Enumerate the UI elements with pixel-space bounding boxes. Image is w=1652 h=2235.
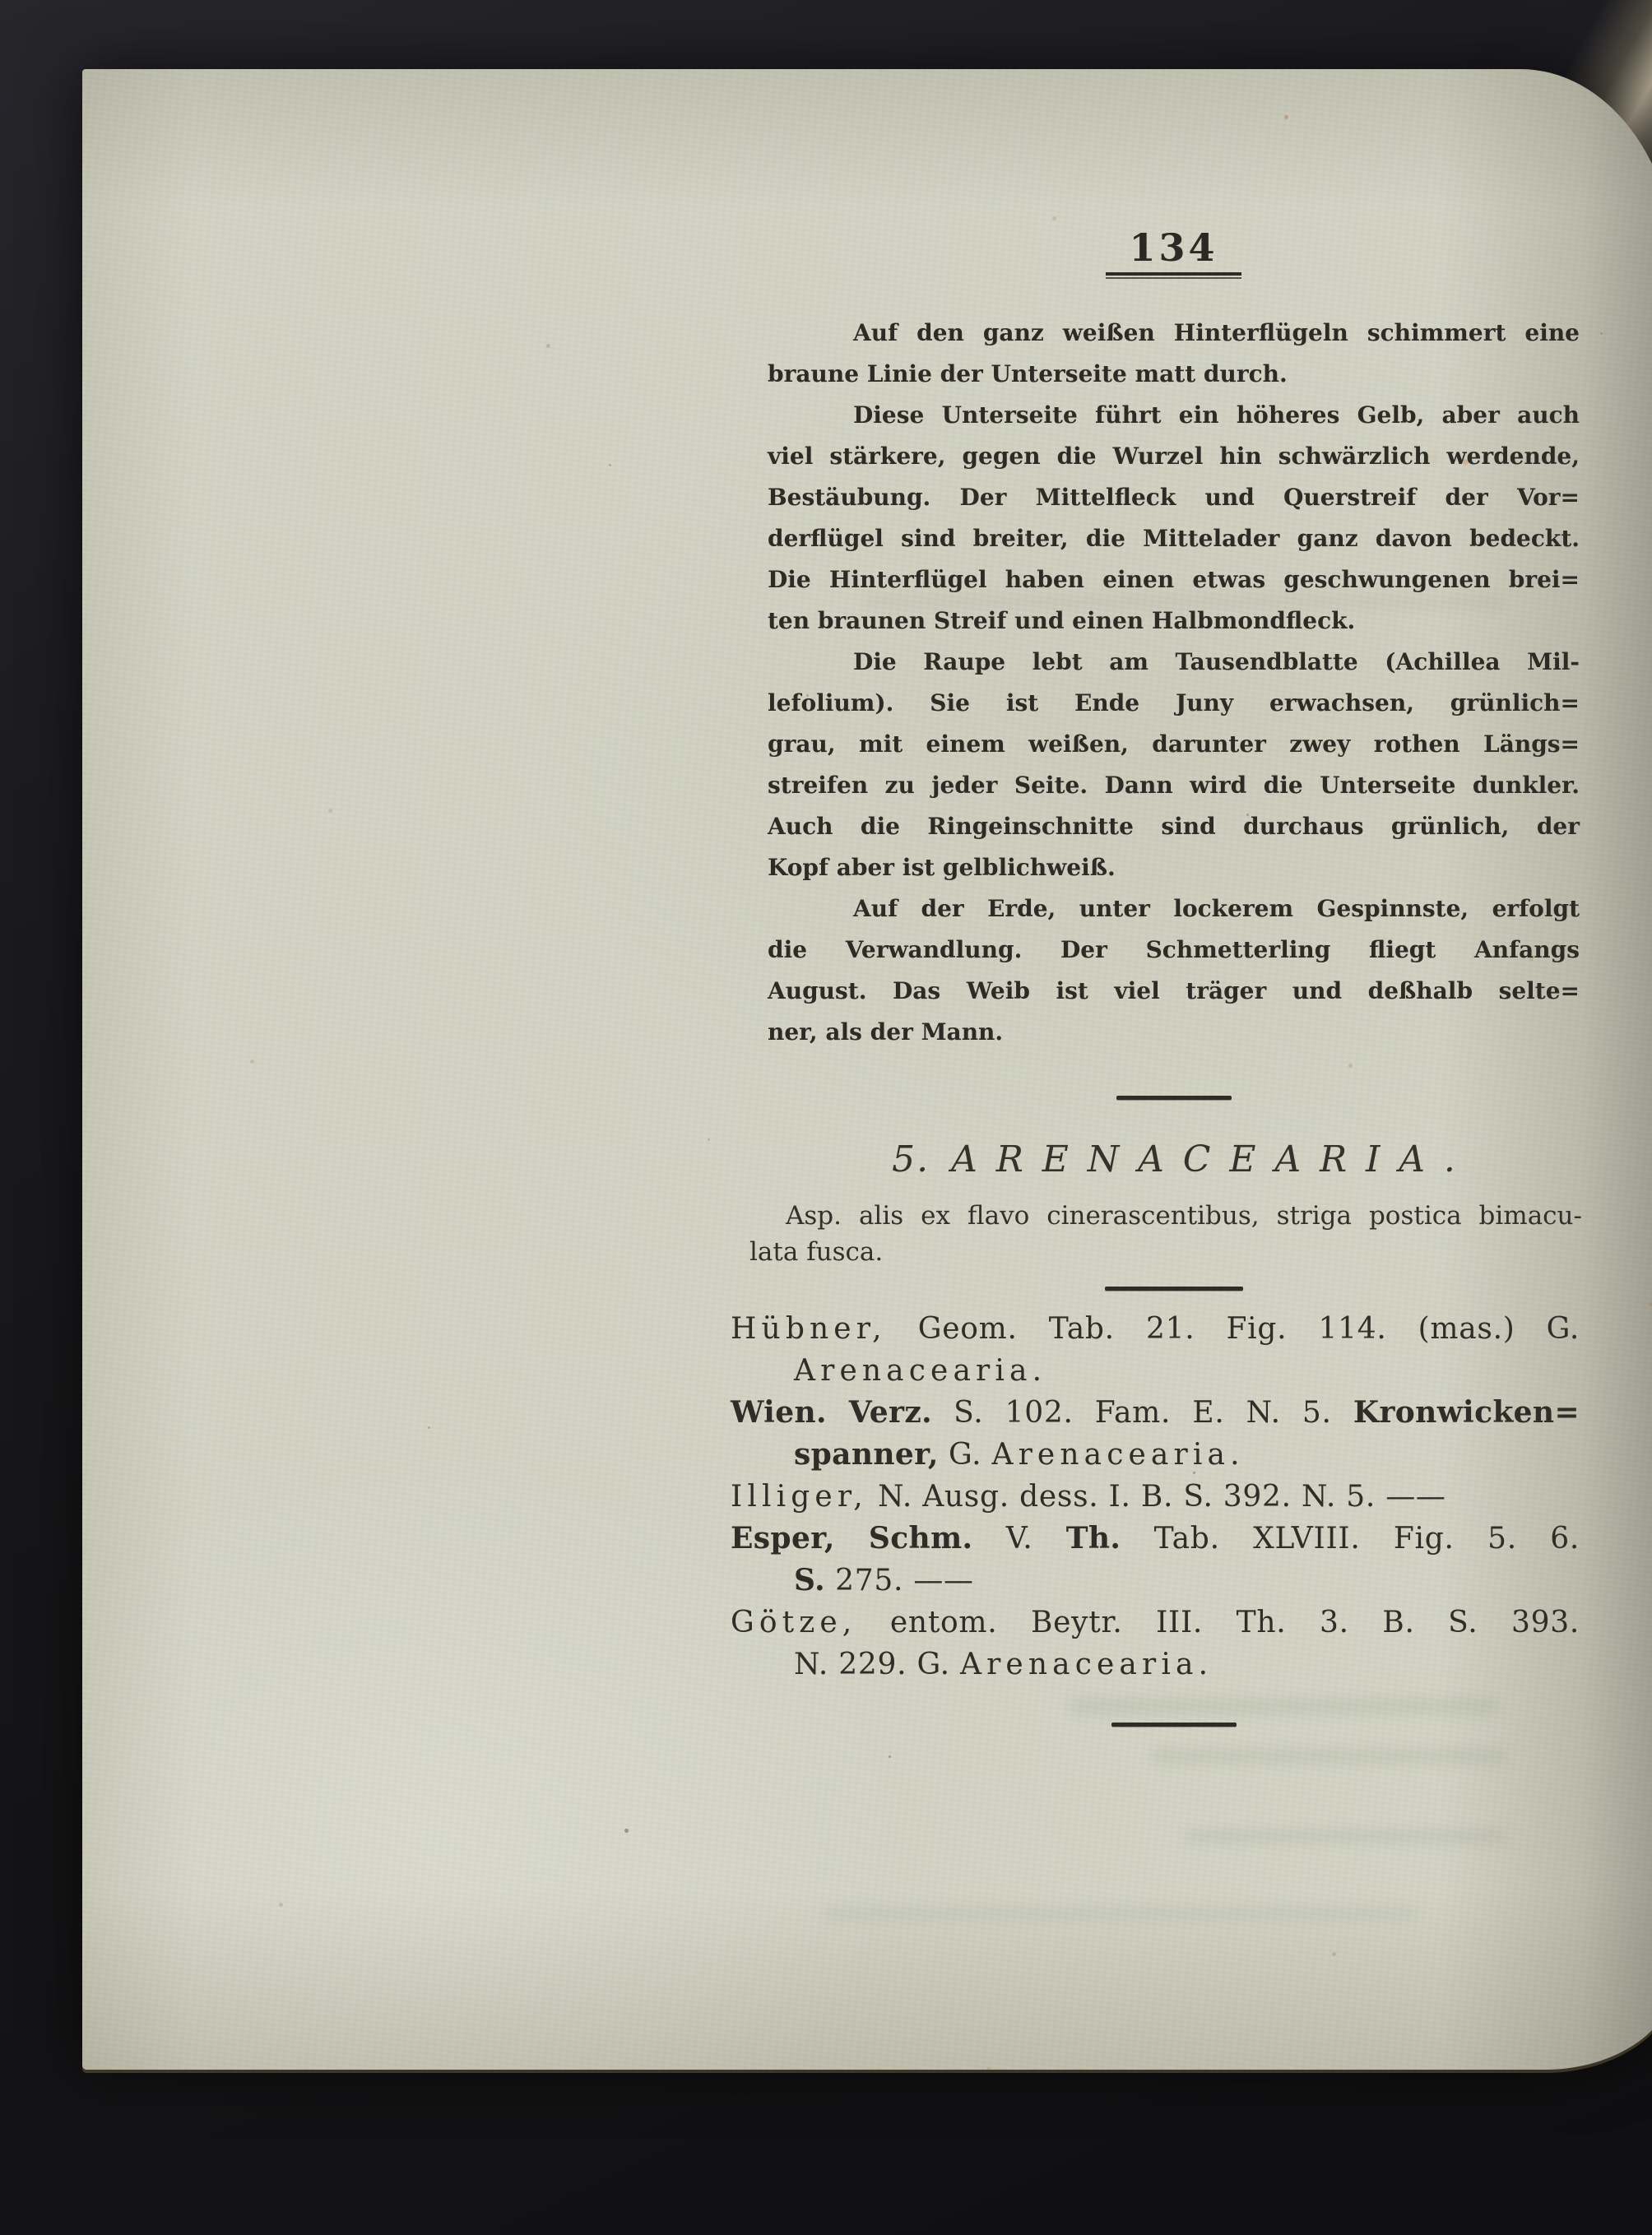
references-end-rule <box>768 1714 1580 1730</box>
text-segment: N. Ausg. dess. I. B. S. 392. N. 5. —— <box>868 1480 1446 1514</box>
reference-line: spanner, G. Arenacearia. <box>731 1434 1580 1476</box>
book-page: 134 Auf den ganz weißen Hinterflügeln sc… <box>82 69 1652 2070</box>
species-heading: 5.ARENACEARIA. <box>768 1138 1580 1180</box>
reference-entry: Illiger, N. Ausg. dess. I. B. S. 392. N.… <box>731 1476 1580 1518</box>
text-line: streifen zu jeder Seite. Dann wird die U… <box>768 765 1580 806</box>
text-segment: Götze, <box>731 1606 856 1639</box>
text-segment: Geom. Tab. 21. Fig. 114. (mas.) G. <box>887 1312 1580 1346</box>
reference-line: S. 275. —— <box>731 1560 1580 1602</box>
text-line: Auf der Erde, unter lockerem Gespinnste,… <box>768 888 1580 930</box>
text-segment: 275. —— <box>825 1564 974 1597</box>
text-line: lefolium). Sie ist Ende Juny erwachsen, … <box>768 683 1580 724</box>
reference-entry: Esper, Schm. V. Th. Tab. XLVIII. Fig. 5.… <box>731 1518 1580 1602</box>
text-segment: Esper, Schm. <box>731 1521 972 1556</box>
text-line: derflügel sind breiter, die Mittelader g… <box>768 518 1580 559</box>
page-number: 134 <box>768 225 1580 270</box>
body-text: Auf den ganz weißen Hinterflügeln schimm… <box>768 313 1580 1053</box>
text-line: viel stärkere, gegen die Wurzel hin schw… <box>768 436 1580 477</box>
text-segment: Hübner, <box>731 1312 887 1346</box>
references: Hübner, Geom. Tab. 21. Fig. 114. (mas.) … <box>731 1308 1580 1686</box>
bleed-through-ghost <box>1152 1749 1506 1764</box>
text-line: grau, mit einem weißen, darunter zwey ro… <box>768 724 1580 765</box>
text-segment: N. 229. G. <box>794 1648 960 1681</box>
reference-entry: Wien. Verz. S. 102. Fam. E. N. 5. Kronwi… <box>731 1392 1580 1476</box>
text-segment: Th. <box>1066 1521 1121 1556</box>
text-segment: G. <box>939 1438 992 1472</box>
page-number-block: 134 <box>768 225 1580 279</box>
diagnosis-divider-rule <box>768 1278 1580 1294</box>
text-line: Kopf aber ist gelblichweiß. <box>768 847 1580 888</box>
body-paragraph: Auf der Erde, unter lockerem Gespinnste,… <box>768 888 1580 1053</box>
text-line: August. Das Weib ist viel träger und deß… <box>768 971 1580 1012</box>
species-name: ARENACEARIA. <box>951 1138 1474 1180</box>
section-divider-rule <box>768 1087 1580 1103</box>
reference-entry: Hübner, Geom. Tab. 21. Fig. 114. (mas.) … <box>731 1308 1580 1392</box>
reference-line: Esper, Schm. V. Th. Tab. XLVIII. Fig. 5.… <box>731 1518 1580 1560</box>
rule-bar <box>1116 1096 1232 1100</box>
text-line: ten braunen Streif und einen Halbmondfle… <box>768 600 1580 642</box>
body-paragraph: Auf den ganz weißen Hinterflügeln schimm… <box>768 313 1580 395</box>
text-segment: spanner, <box>794 1437 939 1472</box>
reference-line: Wien. Verz. S. 102. Fam. E. N. 5. Kronwi… <box>731 1392 1580 1434</box>
diagnosis-line: lata fusca. <box>749 1234 1582 1270</box>
text-line: Auf den ganz weißen Hinterflügeln schimm… <box>768 313 1580 354</box>
diagnosis-line: Asp. alis ex flavo cinerascentibus, stri… <box>749 1198 1582 1234</box>
text-line: ner, als der Mann. <box>768 1012 1580 1053</box>
reference-line: N. 229. G. Arenacearia. <box>731 1644 1580 1686</box>
text-line: Bestäubung. Der Mittelfleck und Querstre… <box>768 477 1580 518</box>
text-segment: Tab. XLVIII. Fig. 5. 6. <box>1121 1522 1580 1556</box>
text-segment: V. <box>972 1522 1065 1556</box>
species-number: 5. <box>892 1138 930 1180</box>
diagnosis: Asp. alis ex flavo cinerascentibus, stri… <box>749 1198 1582 1270</box>
reference-line: Götze, entom. Beytr. III. Th. 3. B. S. 3… <box>731 1602 1580 1644</box>
text-line: Diese Unterseite führt ein höheres Gelb,… <box>768 395 1580 436</box>
text-segment: Arenacearia. <box>794 1354 1046 1388</box>
reference-line: Hübner, Geom. Tab. 21. Fig. 114. (mas.) … <box>731 1308 1580 1350</box>
reference-entry: Götze, entom. Beytr. III. Th. 3. B. S. 3… <box>731 1602 1580 1686</box>
scan-background: 134 Auf den ganz weißen Hinterflügeln sc… <box>0 0 1652 2235</box>
text-segment: Illiger, <box>731 1480 868 1514</box>
body-paragraph: Diese Unterseite führt ein höheres Gelb,… <box>768 395 1580 642</box>
rule-bar <box>1111 1723 1237 1727</box>
bleed-through-ghost <box>1070 1698 1497 1714</box>
text-segment: Wien. Verz. <box>731 1395 932 1430</box>
text-line: Auch die Ringeinschnitte sind durchaus g… <box>768 806 1580 847</box>
reference-line: Illiger, N. Ausg. dess. I. B. S. 392. N.… <box>731 1476 1580 1518</box>
text-line: Die Hinterflügel haben einen etwas gesch… <box>768 559 1580 600</box>
text-line: Die Raupe lebt am Tausendblatte (Achille… <box>768 642 1580 683</box>
text-segment: Arenacearia. <box>960 1648 1213 1681</box>
bleed-through-ghost <box>823 1908 1415 1919</box>
rule-bar <box>1105 1287 1243 1291</box>
text-segment: Kronwicken= <box>1353 1395 1580 1430</box>
text-segment: Arenacearia. <box>991 1438 1244 1472</box>
body-paragraph: Die Raupe lebt am Tausendblatte (Achille… <box>768 642 1580 888</box>
text-segment: S. 102. Fam. E. N. 5. <box>932 1396 1353 1430</box>
text-segment: S. <box>794 1563 825 1597</box>
paper-speckles <box>82 69 85 72</box>
text-line: braune Linie der Unterseite matt durch. <box>768 354 1580 395</box>
reference-line: Arenacearia. <box>731 1350 1580 1392</box>
text-segment: entom. Beytr. III. Th. 3. B. S. 393. <box>856 1606 1580 1639</box>
text-line: die Verwandlung. Der Schmetterling flieg… <box>768 930 1580 971</box>
page-number-rule <box>1106 272 1241 279</box>
bleed-through-ghost <box>1185 1829 1506 1843</box>
